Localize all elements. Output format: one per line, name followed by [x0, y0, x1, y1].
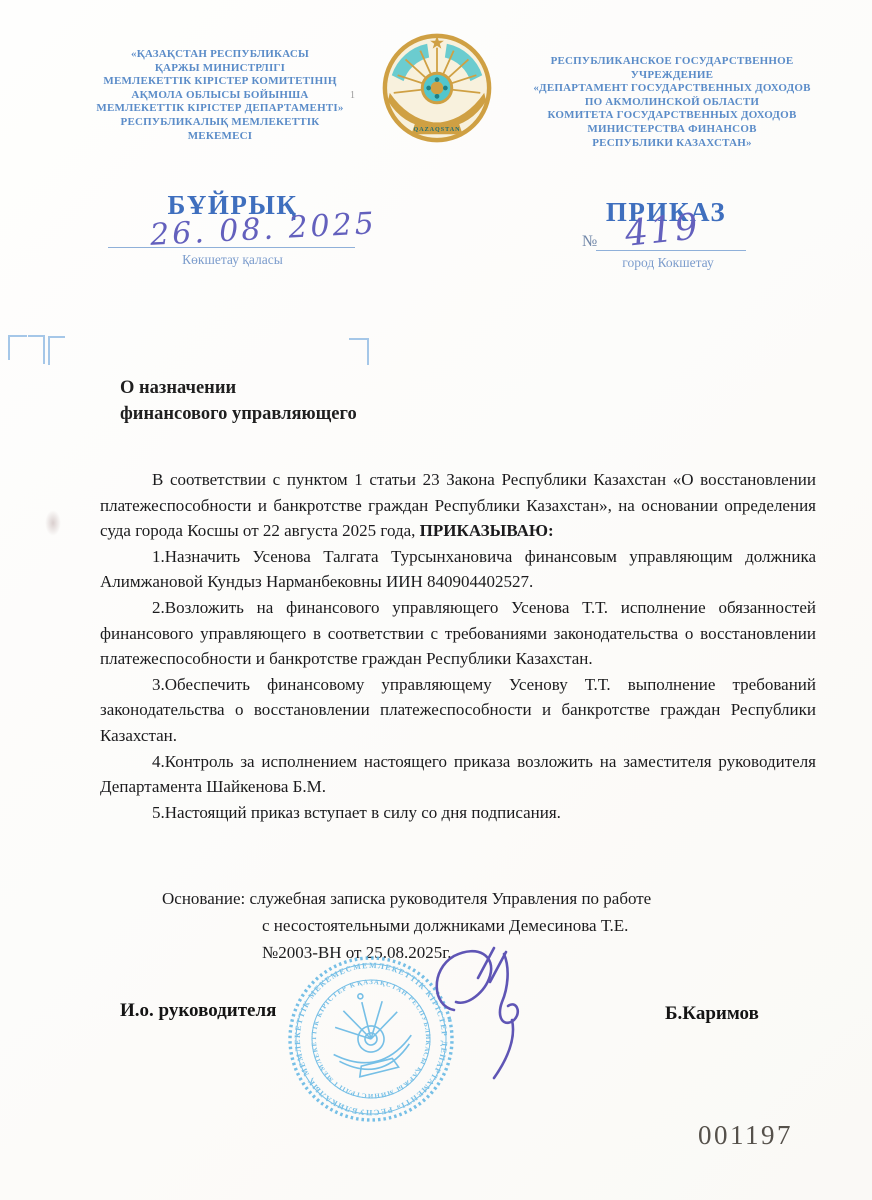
org-line: ПО АКМОЛИНСКОЙ ОБЛАСТИ — [492, 96, 852, 110]
scan-smudge — [45, 510, 61, 536]
org-line: АҚМОЛА ОБЛЫСЫ БОЙЫНША — [58, 89, 382, 103]
order-body: В соответствии с пунктом 1 статьи 23 Зак… — [100, 467, 816, 825]
order-item: 4.Контроль за исполнением настоящего при… — [100, 749, 816, 800]
org-line: УЧРЕЖДЕНИЕ — [492, 69, 852, 83]
handwritten-number: 419 — [623, 206, 702, 255]
date-line — [108, 247, 355, 248]
corner-mark — [349, 338, 369, 365]
subject-line1: О назначении — [120, 376, 357, 402]
org-line: «ДЕПАРТАМЕНТ ГОСУДАРСТВЕННЫХ ДОХОДОВ — [492, 82, 852, 96]
intro-resolve-word: ПРИКАЗЫВАЮ: — [420, 521, 554, 540]
order-item: 1.Назначить Усенова Талгата Турсынханови… — [100, 544, 816, 595]
order-item: 3.Обеспечить финансовому управляющему Ус… — [100, 672, 816, 749]
org-line: РЕСПУБЛИКАНСКОЕ ГОСУДАРСТВЕННОЕ — [492, 55, 852, 69]
org-line: РЕСПУБЛИКАЛЫҚ МЕМЛЕКЕТТІК — [58, 116, 382, 130]
order-item: 5.Настоящий приказ вступает в силу со дн… — [100, 800, 816, 826]
org-line: РЕСПУБЛИКИ КАЗАХСТАН» — [492, 137, 852, 151]
org-line: МЕМЛЕКЕТТІК КІРІСТЕР ДЕПАРТАМЕНТІ» — [58, 102, 382, 116]
org-name-russian: РЕСПУБЛИКАНСКОЕ ГОСУДАРСТВЕННОЕ УЧРЕЖДЕН… — [492, 55, 852, 150]
signer-position: И.о. руководителя — [120, 1000, 276, 1022]
org-name-kazakh: «ҚАЗАҚСТАН РЕСПУБЛИКАСЫ ҚАРЖЫ МИНИСТРЛІГ… — [58, 48, 382, 143]
number-sign: № — [582, 233, 597, 251]
place-kazakh: Көкшетау қаласы — [110, 252, 355, 268]
org-line: МИНИСТЕРСТВА ФИНАНСОВ — [492, 123, 852, 137]
corner-mark — [48, 336, 65, 365]
signer-name: Б.Каримов — [665, 1003, 759, 1025]
subject-line2: финансового управляющего — [120, 402, 357, 428]
scan-artifact: 1 — [350, 90, 355, 101]
org-line: КОМИТЕТА ГОСУДАРСТВЕННЫХ ДОХОДОВ — [492, 109, 852, 123]
scanned-order-document: «ҚАЗАҚСТАН РЕСПУБЛИКАСЫ ҚАРЖЫ МИНИСТРЛІГ… — [0, 0, 872, 1200]
org-line: ҚАРЖЫ МИНИСТРЛІГІ — [58, 62, 382, 76]
number-line — [596, 250, 746, 251]
org-line: МЕКЕМЕСІ — [58, 130, 382, 144]
corner-mark — [8, 335, 27, 360]
handwritten-signature — [420, 940, 540, 1090]
order-item: 2.Возложить на финансового управляющего … — [100, 595, 816, 672]
emblem-banner-text: QAZAQSTAN — [414, 127, 461, 133]
org-line: «ҚАЗАҚСТАН РЕСПУБЛИКАСЫ — [58, 48, 382, 62]
corner-mark — [28, 335, 45, 364]
basis-line2: с несостоятельными должниками Демесинова… — [162, 912, 762, 939]
serial-number: 001197 — [698, 1120, 793, 1151]
kazakhstan-emblem-icon: QAZAQSTAN — [378, 26, 496, 148]
intro-paragraph: В соответствии с пунктом 1 статьи 23 Зак… — [100, 467, 816, 544]
subject-heading: О назначении финансового управляющего — [120, 376, 357, 427]
basis-line1: Основание: служебная записка руководител… — [162, 885, 762, 912]
place-russian: город Кокшетау — [578, 255, 758, 271]
org-line: МЕМЛЕКЕТТІК КІРІСТЕР КОМИТЕТІНІҢ — [58, 75, 382, 89]
